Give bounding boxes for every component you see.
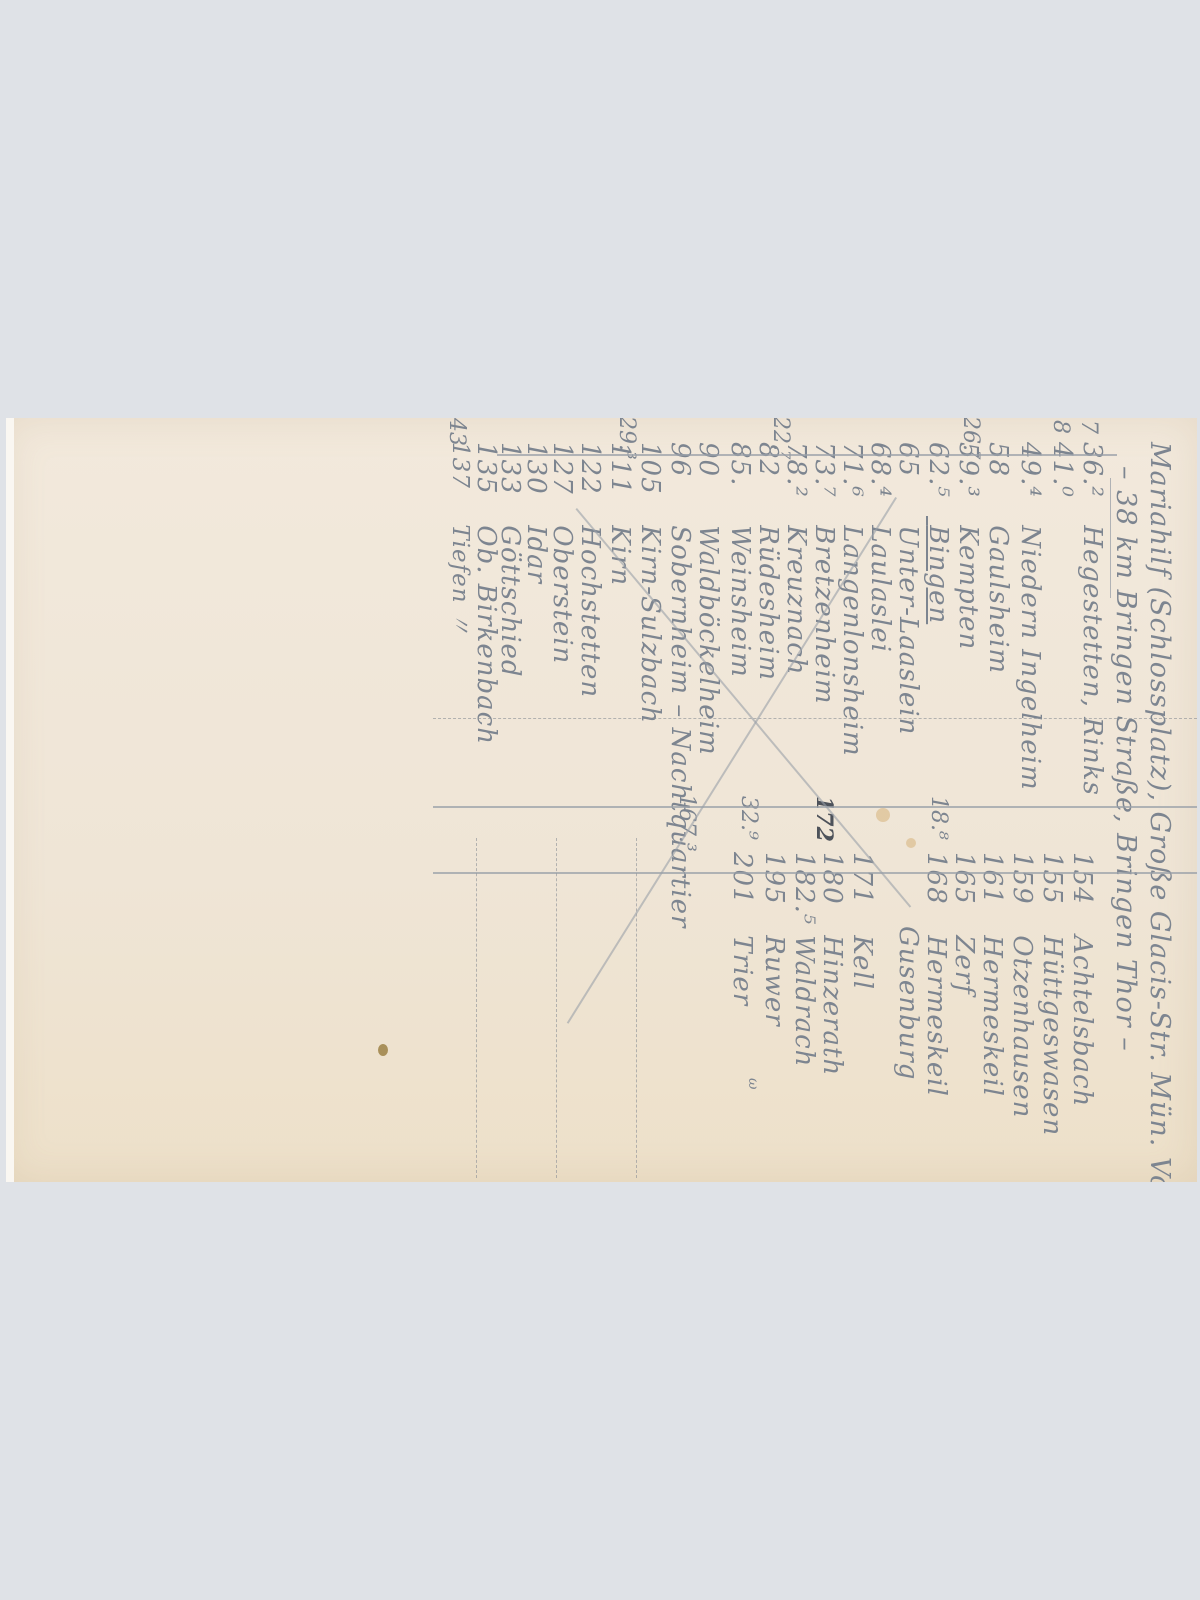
header-line-1: Mariahilf (Schlossplatz), Große Glacis-S… bbox=[1144, 442, 1175, 1182]
margin-number: 43 bbox=[444, 418, 469, 446]
subtotal: 18.⁸ bbox=[926, 796, 951, 840]
list-item: 68.⁴ Laulaslei bbox=[865, 442, 895, 653]
header-line-2: – 38 km Bringen Straße, Bringen Thor – bbox=[1110, 466, 1141, 1052]
list-item: 161 Hermeskeil bbox=[977, 852, 1007, 1097]
list-item: 85. Weinsheim bbox=[725, 442, 755, 678]
subtotal: 32.⁹ bbox=[736, 796, 761, 840]
list-item: 122 Hochstetten bbox=[575, 442, 605, 698]
list-item: 195 Ruwer bbox=[759, 852, 789, 1027]
postcard: Mariahilf (Schlossplatz), Große Glacis-S… bbox=[6, 418, 1197, 1182]
list-item: 154 Achtelsbach bbox=[1067, 852, 1097, 1107]
list-item: 137 Tiefen 〃 bbox=[446, 442, 479, 636]
list-item: 182.⁵ Waldrach bbox=[789, 852, 819, 1067]
handwritten-notes: Mariahilf (Schlossplatz), Große Glacis-S… bbox=[6, 418, 1197, 1182]
vertical-rule bbox=[433, 806, 1197, 808]
list-item: 96 Sobernheim – Nachtquartier bbox=[665, 442, 695, 928]
address-line bbox=[636, 838, 637, 1178]
postmark-glyph: ω bbox=[745, 1078, 761, 1089]
list-item: 180 Hinzerath bbox=[817, 852, 847, 1076]
list-item: 90 Waldböckelheim bbox=[693, 442, 723, 756]
list-item: 73.⁷ Bretzenheim bbox=[809, 442, 839, 705]
underline-rule bbox=[1110, 478, 1111, 598]
list-item: 62.⁵ Bingen bbox=[923, 442, 953, 624]
list-item: 159 Otzenhausen bbox=[1007, 852, 1037, 1118]
address-line bbox=[476, 838, 477, 1178]
list-item: 130 Idar bbox=[521, 442, 551, 584]
margin-number: 8 bbox=[1048, 420, 1073, 434]
address-line bbox=[433, 718, 1197, 720]
list-item: 127 Oberstein bbox=[547, 442, 577, 664]
list-item: 111 Kirn bbox=[605, 442, 635, 586]
list-item: 65 Unter-Laaslein bbox=[893, 442, 923, 735]
list-item: 155 Hüttgeswasen bbox=[1037, 852, 1067, 1136]
margin-number: 7 bbox=[1076, 420, 1101, 434]
list-item: 58 Gaulsheim bbox=[983, 442, 1013, 674]
list-item: 201 Trier bbox=[727, 852, 757, 1006]
list-item: 168 Hermeskeil bbox=[921, 852, 951, 1097]
list-item: Gusenburg bbox=[893, 926, 923, 1080]
list-item: 59.³ Kempten bbox=[953, 442, 983, 650]
list-item: 82 Rüdesheim bbox=[753, 442, 783, 681]
list-item: 36.² Hegestetten, Rinks bbox=[1077, 442, 1107, 796]
margin-rule bbox=[497, 454, 1117, 456]
list-item: 49.⁴ Niedern Ingelheim bbox=[1015, 442, 1045, 791]
vertical-rule bbox=[433, 872, 1197, 874]
address-line bbox=[556, 838, 557, 1178]
list-item: 71.⁶ Langenlonsheim bbox=[837, 442, 867, 757]
